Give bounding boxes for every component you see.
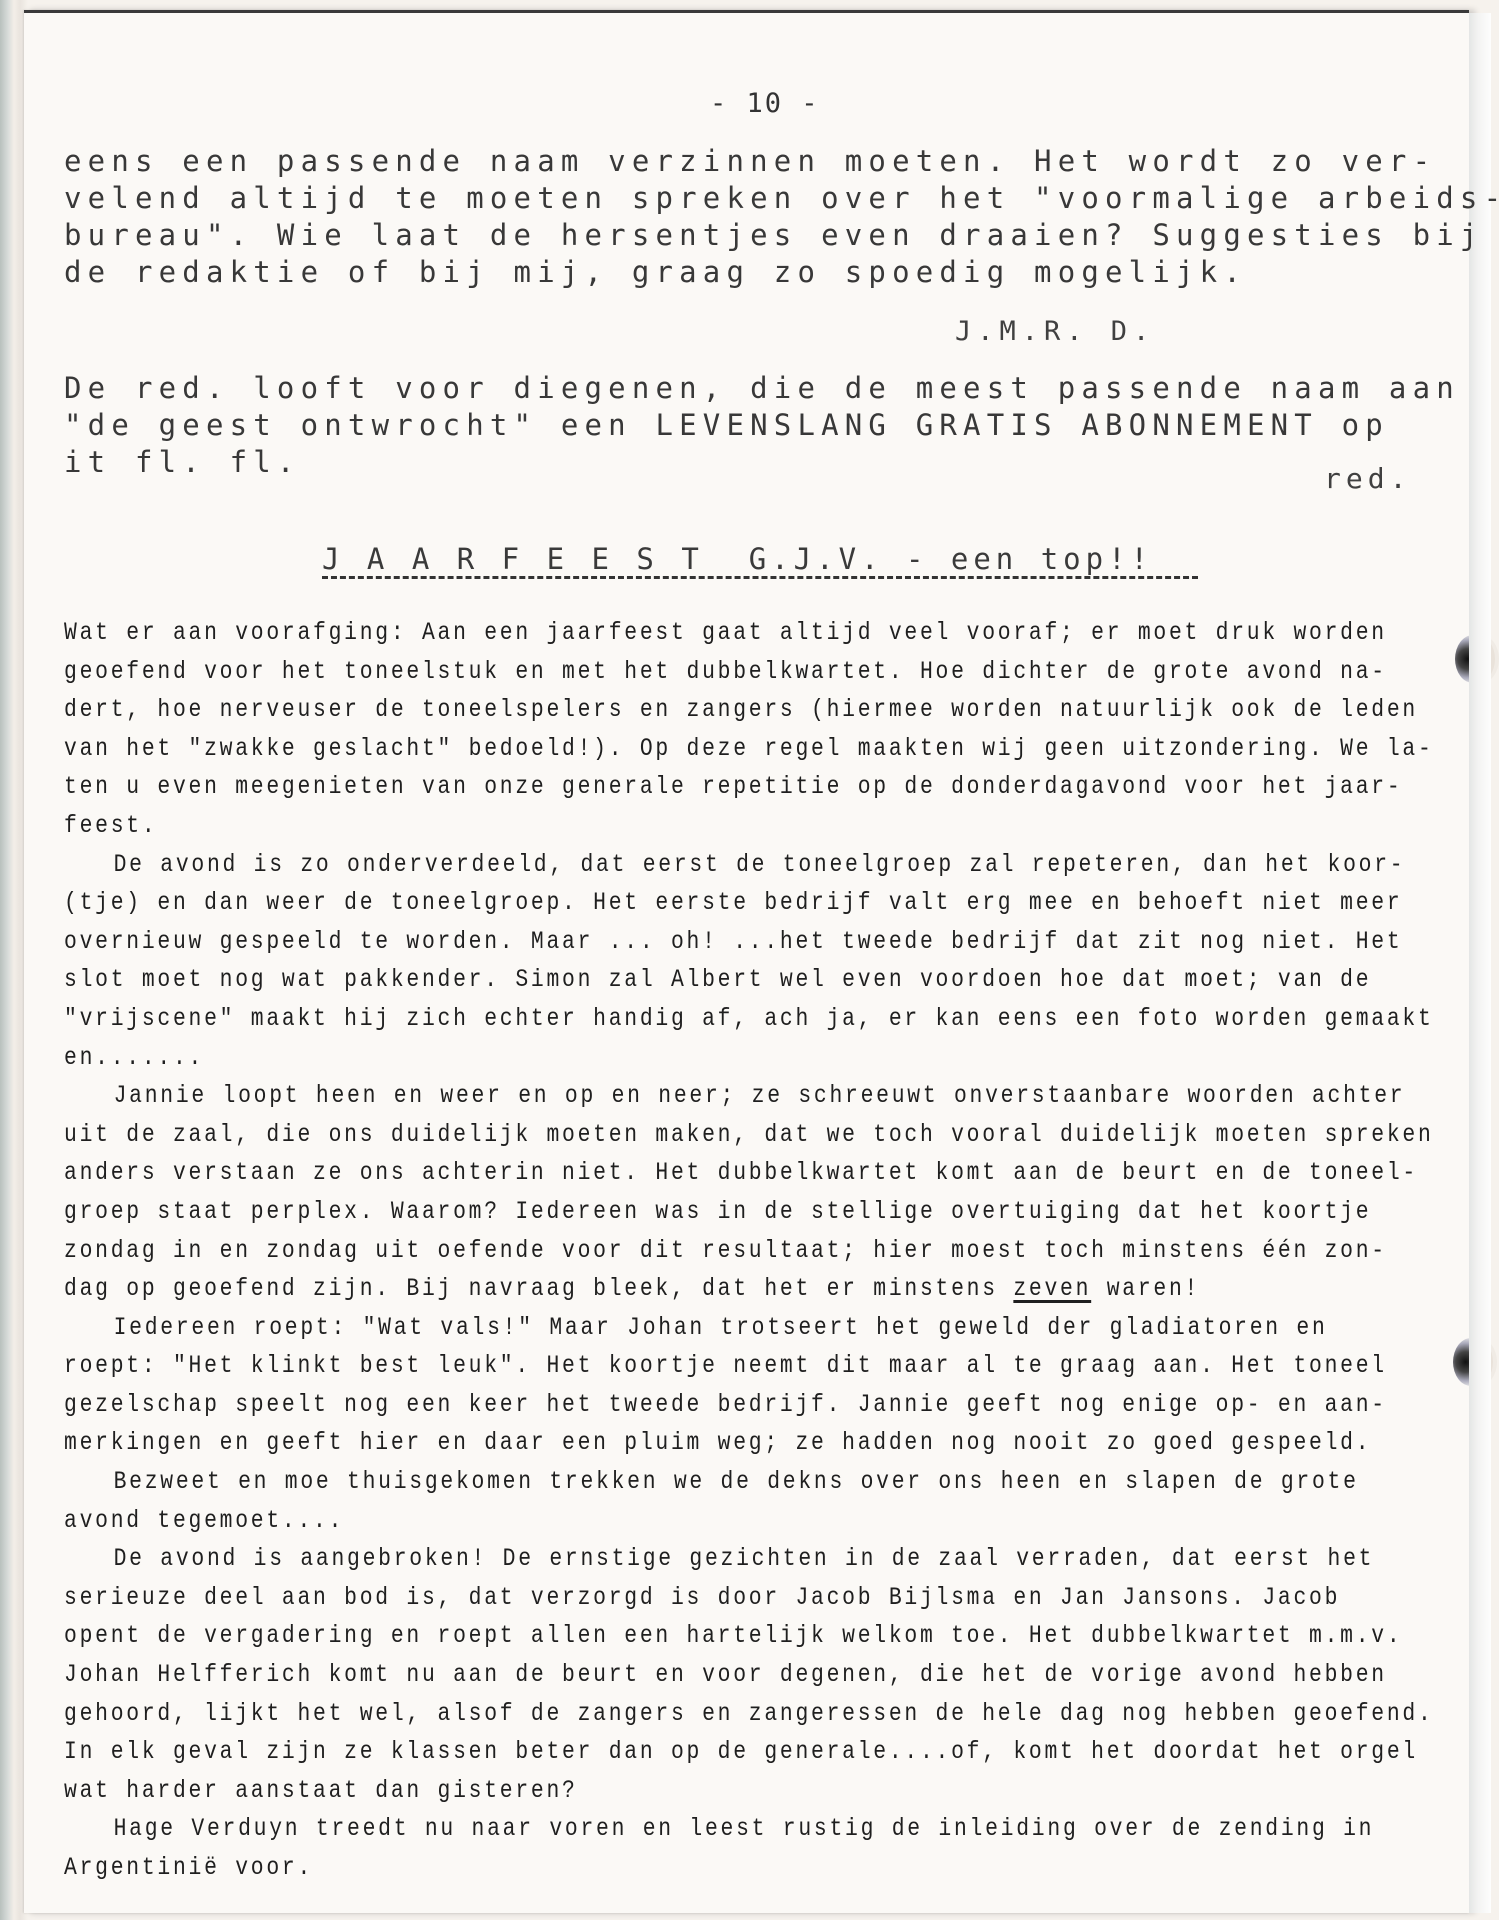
article-line: opent de vergadering en roept allen een …	[64, 1617, 1278, 1656]
article-line: uit de zaal, die ons duidelijk moeten ma…	[64, 1116, 1278, 1155]
article-line: merkingen en geeft hier en daar een plui…	[64, 1424, 1278, 1463]
editor-notice: De red. looft voor diegenen, die de mees…	[64, 370, 1460, 481]
article-line: Bezweet en moe thuisgekomen trekken we d…	[64, 1463, 1278, 1502]
underlined-word: zeven	[1013, 1274, 1091, 1303]
article-line: Jannie loopt heen en weer en op en neer;…	[64, 1077, 1278, 1116]
article-title: J A A R F E E S T G.J.V. - een top!!	[322, 542, 1153, 576]
article-line: en.......	[64, 1039, 1278, 1078]
article-body: Wat er aan voorafging: Aan een jaarfeest…	[64, 614, 1278, 1888]
punch-hole-icon	[1455, 635, 1491, 683]
article-line: dag op geoefend zijn. Bij navraag bleek,…	[64, 1270, 1278, 1309]
article-line: avond tegemoet....	[64, 1502, 1278, 1541]
article-line: De avond is zo onderverdeeld, dat eerst …	[64, 846, 1278, 885]
text-line: eens een passende naam verzinnen moeten.…	[64, 143, 1499, 180]
article-line: slot moet nog wat pakkender. Simon zal A…	[64, 961, 1278, 1000]
article-line: In elk geval zijn ze klassen beter dan o…	[64, 1733, 1278, 1772]
article-line: anders verstaan ze ons achterin niet. He…	[64, 1154, 1278, 1193]
article-line: overnieuw gespeeld te worden. Maar ... o…	[64, 923, 1278, 962]
article-line: dert, hoe nerveuser de toneelspelers en …	[64, 691, 1278, 730]
article-line: gezelschap speelt nog een keer het tweed…	[64, 1386, 1278, 1425]
article-line: van het "zwakke geslacht" bedoeld!). Op …	[64, 730, 1278, 769]
title-dashed-underline	[322, 576, 1198, 579]
text-line: velend altijd te moeten spreken over het…	[64, 180, 1499, 217]
notice-signature: red.	[1324, 462, 1411, 495]
page-number: - 10 -	[710, 88, 820, 119]
article-line: roept: "Het klinkt best leuk". Het koort…	[64, 1347, 1278, 1386]
intro-paragraph: eens een passende naam verzinnen moeten.…	[64, 143, 1499, 291]
text-line: de redaktie of bij mij, graag zo spoedig…	[64, 254, 1499, 291]
article-line: Johan Helfferich komt nu aan de beurt en…	[64, 1656, 1278, 1695]
text-line: bureau". Wie laat de hersentjes even dra…	[64, 217, 1499, 254]
article-line: Argentinië voor.	[64, 1849, 1278, 1888]
article-line: feest.	[64, 807, 1278, 846]
article-line: wat harder aanstaat dan gisteren?	[64, 1772, 1278, 1811]
intro-signature: J.M.R. D.	[955, 316, 1155, 347]
text-line: De red. looft voor diegenen, die de mees…	[64, 370, 1460, 407]
article-line: geoefend voor het toneelstuk en met het …	[64, 653, 1278, 692]
text-line: "de geest ontwrocht" een LEVENSLANG GRAT…	[64, 407, 1460, 444]
punch-hole-icon	[1453, 1338, 1489, 1386]
article-line: ten u even meegenieten van onze generale…	[64, 768, 1278, 807]
article-line: (tje) en dan weer de toneelgroep. Het ee…	[64, 884, 1278, 923]
article-line: gehoord, lijkt het wel, alsof de zangers…	[64, 1695, 1278, 1734]
article-line: Hage Verduyn treedt nu naar voren en lee…	[64, 1810, 1278, 1849]
article-line: Wat er aan voorafging: Aan een jaarfeest…	[64, 614, 1278, 653]
article-line: Iedereen roept: "Wat vals!" Maar Johan t…	[64, 1309, 1278, 1348]
article-line: serieuze deel aan bod is, dat verzorgd i…	[64, 1579, 1278, 1618]
article-line: groep staat perplex. Waarom? Iedereen wa…	[64, 1193, 1278, 1232]
article-line: De avond is aangebroken! De ernstige gez…	[64, 1540, 1278, 1579]
text-line: it fl. fl.	[64, 444, 1460, 481]
article-line: "vrijscene" maakt hij zich echter handig…	[64, 1000, 1278, 1039]
article-line: zondag in en zondag uit oefende voor dit…	[64, 1232, 1278, 1271]
